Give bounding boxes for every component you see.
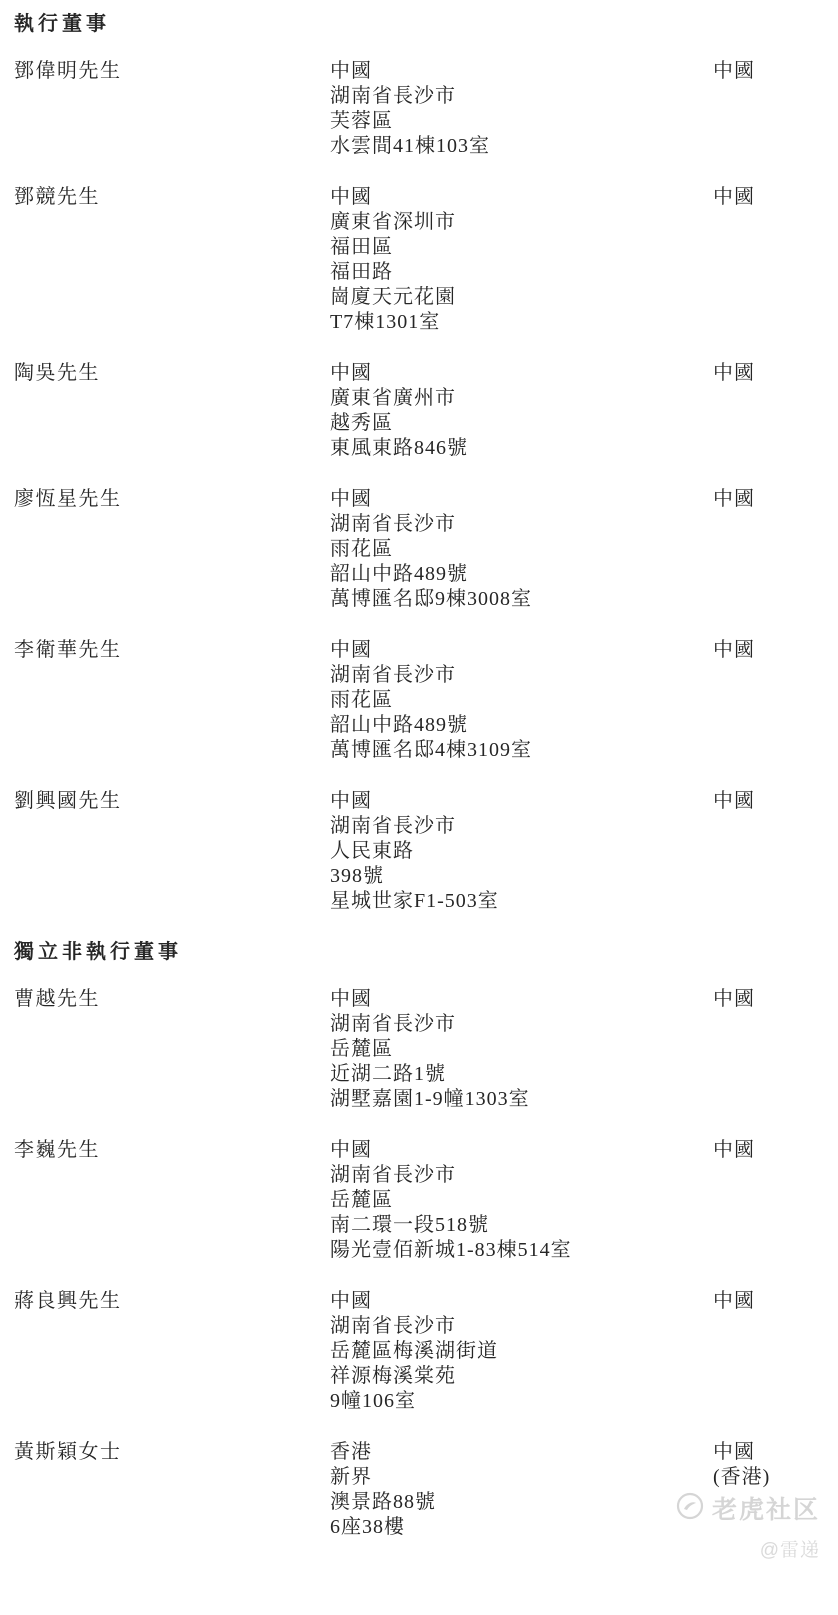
address-line: 新界 <box>330 1465 713 1490</box>
address-line: 芙蓉區 <box>330 109 713 134</box>
director-row: 曹越先生 中國 湖南省長沙市 岳麓區 近湖二路1號 湖墅嘉園1-9幢1303室 … <box>14 987 838 1112</box>
director-name: 曹越先生 <box>14 987 330 1112</box>
director-row: 廖恆星先生 中國 湖南省長沙市 雨花區 韶山中路489號 萬博匯名邸9棟3008… <box>14 487 838 612</box>
director-nationality: 中國 <box>713 487 838 612</box>
director-nationality: 中國 <box>713 361 838 461</box>
director-nationality: 中國 <box>713 1289 838 1414</box>
address-line: 湖南省長沙市 <box>330 1163 713 1188</box>
director-name: 李衛華先生 <box>14 638 330 763</box>
director-row: 鄧偉明先生 中國 湖南省長沙市 芙蓉區 水雲間41棟103室 中國 <box>14 59 838 159</box>
nationality-line: 中國 <box>713 185 838 210</box>
nationality-line: 中國 <box>713 1289 838 1314</box>
director-nationality: 中國 <box>713 789 838 914</box>
director-address: 中國 湖南省長沙市 芙蓉區 水雲間41棟103室 <box>330 59 713 159</box>
nationality-line: (香港) <box>713 1465 838 1490</box>
address-line: 中國 <box>330 638 713 663</box>
address-line: 9幢106室 <box>330 1389 713 1414</box>
director-address: 中國 湖南省長沙市 岳麓區梅溪湖街道 祥源梅溪棠苑 9幢106室 <box>330 1289 713 1414</box>
director-address: 中國 廣東省深圳市 福田區 福田路 崗廈天元花園 T7棟1301室 <box>330 185 713 335</box>
address-line: 東風東路846號 <box>330 436 713 461</box>
director-address: 中國 廣東省廣州市 越秀區 東風東路846號 <box>330 361 713 461</box>
nationality-line: 中國 <box>713 487 838 512</box>
address-line: 韶山中路489號 <box>330 562 713 587</box>
nationality-line: 中國 <box>713 638 838 663</box>
nationality-line: 中國 <box>713 789 838 814</box>
address-line: 人民東路 <box>330 839 713 864</box>
address-line: 中國 <box>330 789 713 814</box>
nationality-line: 中國 <box>713 1440 838 1465</box>
address-line: 湖南省長沙市 <box>330 1314 713 1339</box>
address-line: 祥源梅溪棠苑 <box>330 1364 713 1389</box>
director-nationality: 中國 <box>713 1138 838 1263</box>
director-address: 香港 新界 澳景路88號 6座38樓 <box>330 1440 713 1540</box>
address-line: 水雲間41棟103室 <box>330 134 713 159</box>
director-name: 鄧競先生 <box>14 185 330 335</box>
director-name: 廖恆星先生 <box>14 487 330 612</box>
director-nationality: 中國 <box>713 987 838 1112</box>
address-line: 湖墅嘉園1-9幢1303室 <box>330 1087 713 1112</box>
director-name: 鄧偉明先生 <box>14 59 330 159</box>
address-line: 岳麓區梅溪湖街道 <box>330 1339 713 1364</box>
address-line: 岳麓區 <box>330 1188 713 1213</box>
director-row: 陶吳先生 中國 廣東省廣州市 越秀區 東風東路846號 中國 <box>14 361 838 461</box>
director-name: 黃斯穎女士 <box>14 1440 330 1540</box>
nationality-line: 中國 <box>713 1138 838 1163</box>
address-line: 陽光壹佰新城1-83棟514室 <box>330 1238 713 1263</box>
director-address: 中國 湖南省長沙市 岳麓區 近湖二路1號 湖墅嘉園1-9幢1303室 <box>330 987 713 1112</box>
section-header-executive-directors: 執行董事 <box>14 12 838 37</box>
address-line: 韶山中路489號 <box>330 713 713 738</box>
address-line: 中國 <box>330 987 713 1012</box>
address-line: 湖南省長沙市 <box>330 512 713 537</box>
section-header-independent-non-executive-directors: 獨立非執行董事 <box>14 940 838 965</box>
director-name: 劉興國先生 <box>14 789 330 914</box>
address-line: 中國 <box>330 1289 713 1314</box>
address-line: 萬博匯名邸4棟3109室 <box>330 738 713 763</box>
address-line: 香港 <box>330 1440 713 1465</box>
address-line: 中國 <box>330 487 713 512</box>
director-address: 中國 湖南省長沙市 雨花區 韶山中路489號 萬博匯名邸9棟3008室 <box>330 487 713 612</box>
address-line: 廣東省深圳市 <box>330 210 713 235</box>
address-line: 湖南省長沙市 <box>330 814 713 839</box>
director-nationality: 中國 <box>713 185 838 335</box>
address-line: 中國 <box>330 185 713 210</box>
document-page: 執行董事 鄧偉明先生 中國 湖南省長沙市 芙蓉區 水雲間41棟103室 中國 鄧… <box>0 0 838 1615</box>
address-line: T7棟1301室 <box>330 310 713 335</box>
director-row: 鄧競先生 中國 廣東省深圳市 福田區 福田路 崗廈天元花園 T7棟1301室 中… <box>14 185 838 335</box>
address-line: 湖南省長沙市 <box>330 663 713 688</box>
address-line: 星城世家F1-503室 <box>330 889 713 914</box>
address-line: 越秀區 <box>330 411 713 436</box>
nationality-line: 中國 <box>713 987 838 1012</box>
director-row: 李衛華先生 中國 湖南省長沙市 雨花區 韶山中路489號 萬博匯名邸4棟3109… <box>14 638 838 763</box>
address-line: 福田區 <box>330 235 713 260</box>
director-address: 中國 湖南省長沙市 雨花區 韶山中路489號 萬博匯名邸4棟3109室 <box>330 638 713 763</box>
director-name: 李巍先生 <box>14 1138 330 1263</box>
tiger-circle-logo-icon <box>676 1492 704 1527</box>
director-address: 中國 湖南省長沙市 人民東路 398號 星城世家F1-503室 <box>330 789 713 914</box>
nationality-line: 中國 <box>713 59 838 84</box>
address-line: 岳麓區 <box>330 1037 713 1062</box>
address-line: 萬博匯名邸9棟3008室 <box>330 587 713 612</box>
director-address: 中國 湖南省長沙市 岳麓區 南二環一段518號 陽光壹佰新城1-83棟514室 <box>330 1138 713 1263</box>
address-line: 雨花區 <box>330 537 713 562</box>
address-line: 近湖二路1號 <box>330 1062 713 1087</box>
address-line: 廣東省廣州市 <box>330 386 713 411</box>
watermark-brand-row: 老虎社区 <box>676 1492 820 1527</box>
address-line: 中國 <box>330 59 713 84</box>
director-row: 劉興國先生 中國 湖南省長沙市 人民東路 398號 星城世家F1-503室 中國 <box>14 789 838 914</box>
address-line: 南二環一段518號 <box>330 1213 713 1238</box>
watermark-brand-text: 老虎社区 <box>712 1495 820 1525</box>
director-nationality: 中國 <box>713 59 838 159</box>
address-line: 中國 <box>330 361 713 386</box>
address-line: 398號 <box>330 864 713 889</box>
address-line: 中國 <box>330 1138 713 1163</box>
address-line: 澳景路88號 <box>330 1490 713 1515</box>
address-line: 湖南省長沙市 <box>330 84 713 109</box>
director-name: 陶吳先生 <box>14 361 330 461</box>
director-nationality: 中國 <box>713 638 838 763</box>
address-line: 福田路 <box>330 260 713 285</box>
address-line: 6座38樓 <box>330 1515 713 1540</box>
nationality-line: 中國 <box>713 361 838 386</box>
address-line: 雨花區 <box>330 688 713 713</box>
address-line: 崗廈天元花園 <box>330 285 713 310</box>
director-name: 蔣良興先生 <box>14 1289 330 1414</box>
watermark-handle: @雷递 <box>676 1535 820 1562</box>
watermark: 老虎社区 @雷递 <box>676 1492 820 1562</box>
director-row: 李巍先生 中國 湖南省長沙市 岳麓區 南二環一段518號 陽光壹佰新城1-83棟… <box>14 1138 838 1263</box>
director-row: 蔣良興先生 中國 湖南省長沙市 岳麓區梅溪湖街道 祥源梅溪棠苑 9幢106室 中… <box>14 1289 838 1414</box>
address-line: 湖南省長沙市 <box>330 1012 713 1037</box>
